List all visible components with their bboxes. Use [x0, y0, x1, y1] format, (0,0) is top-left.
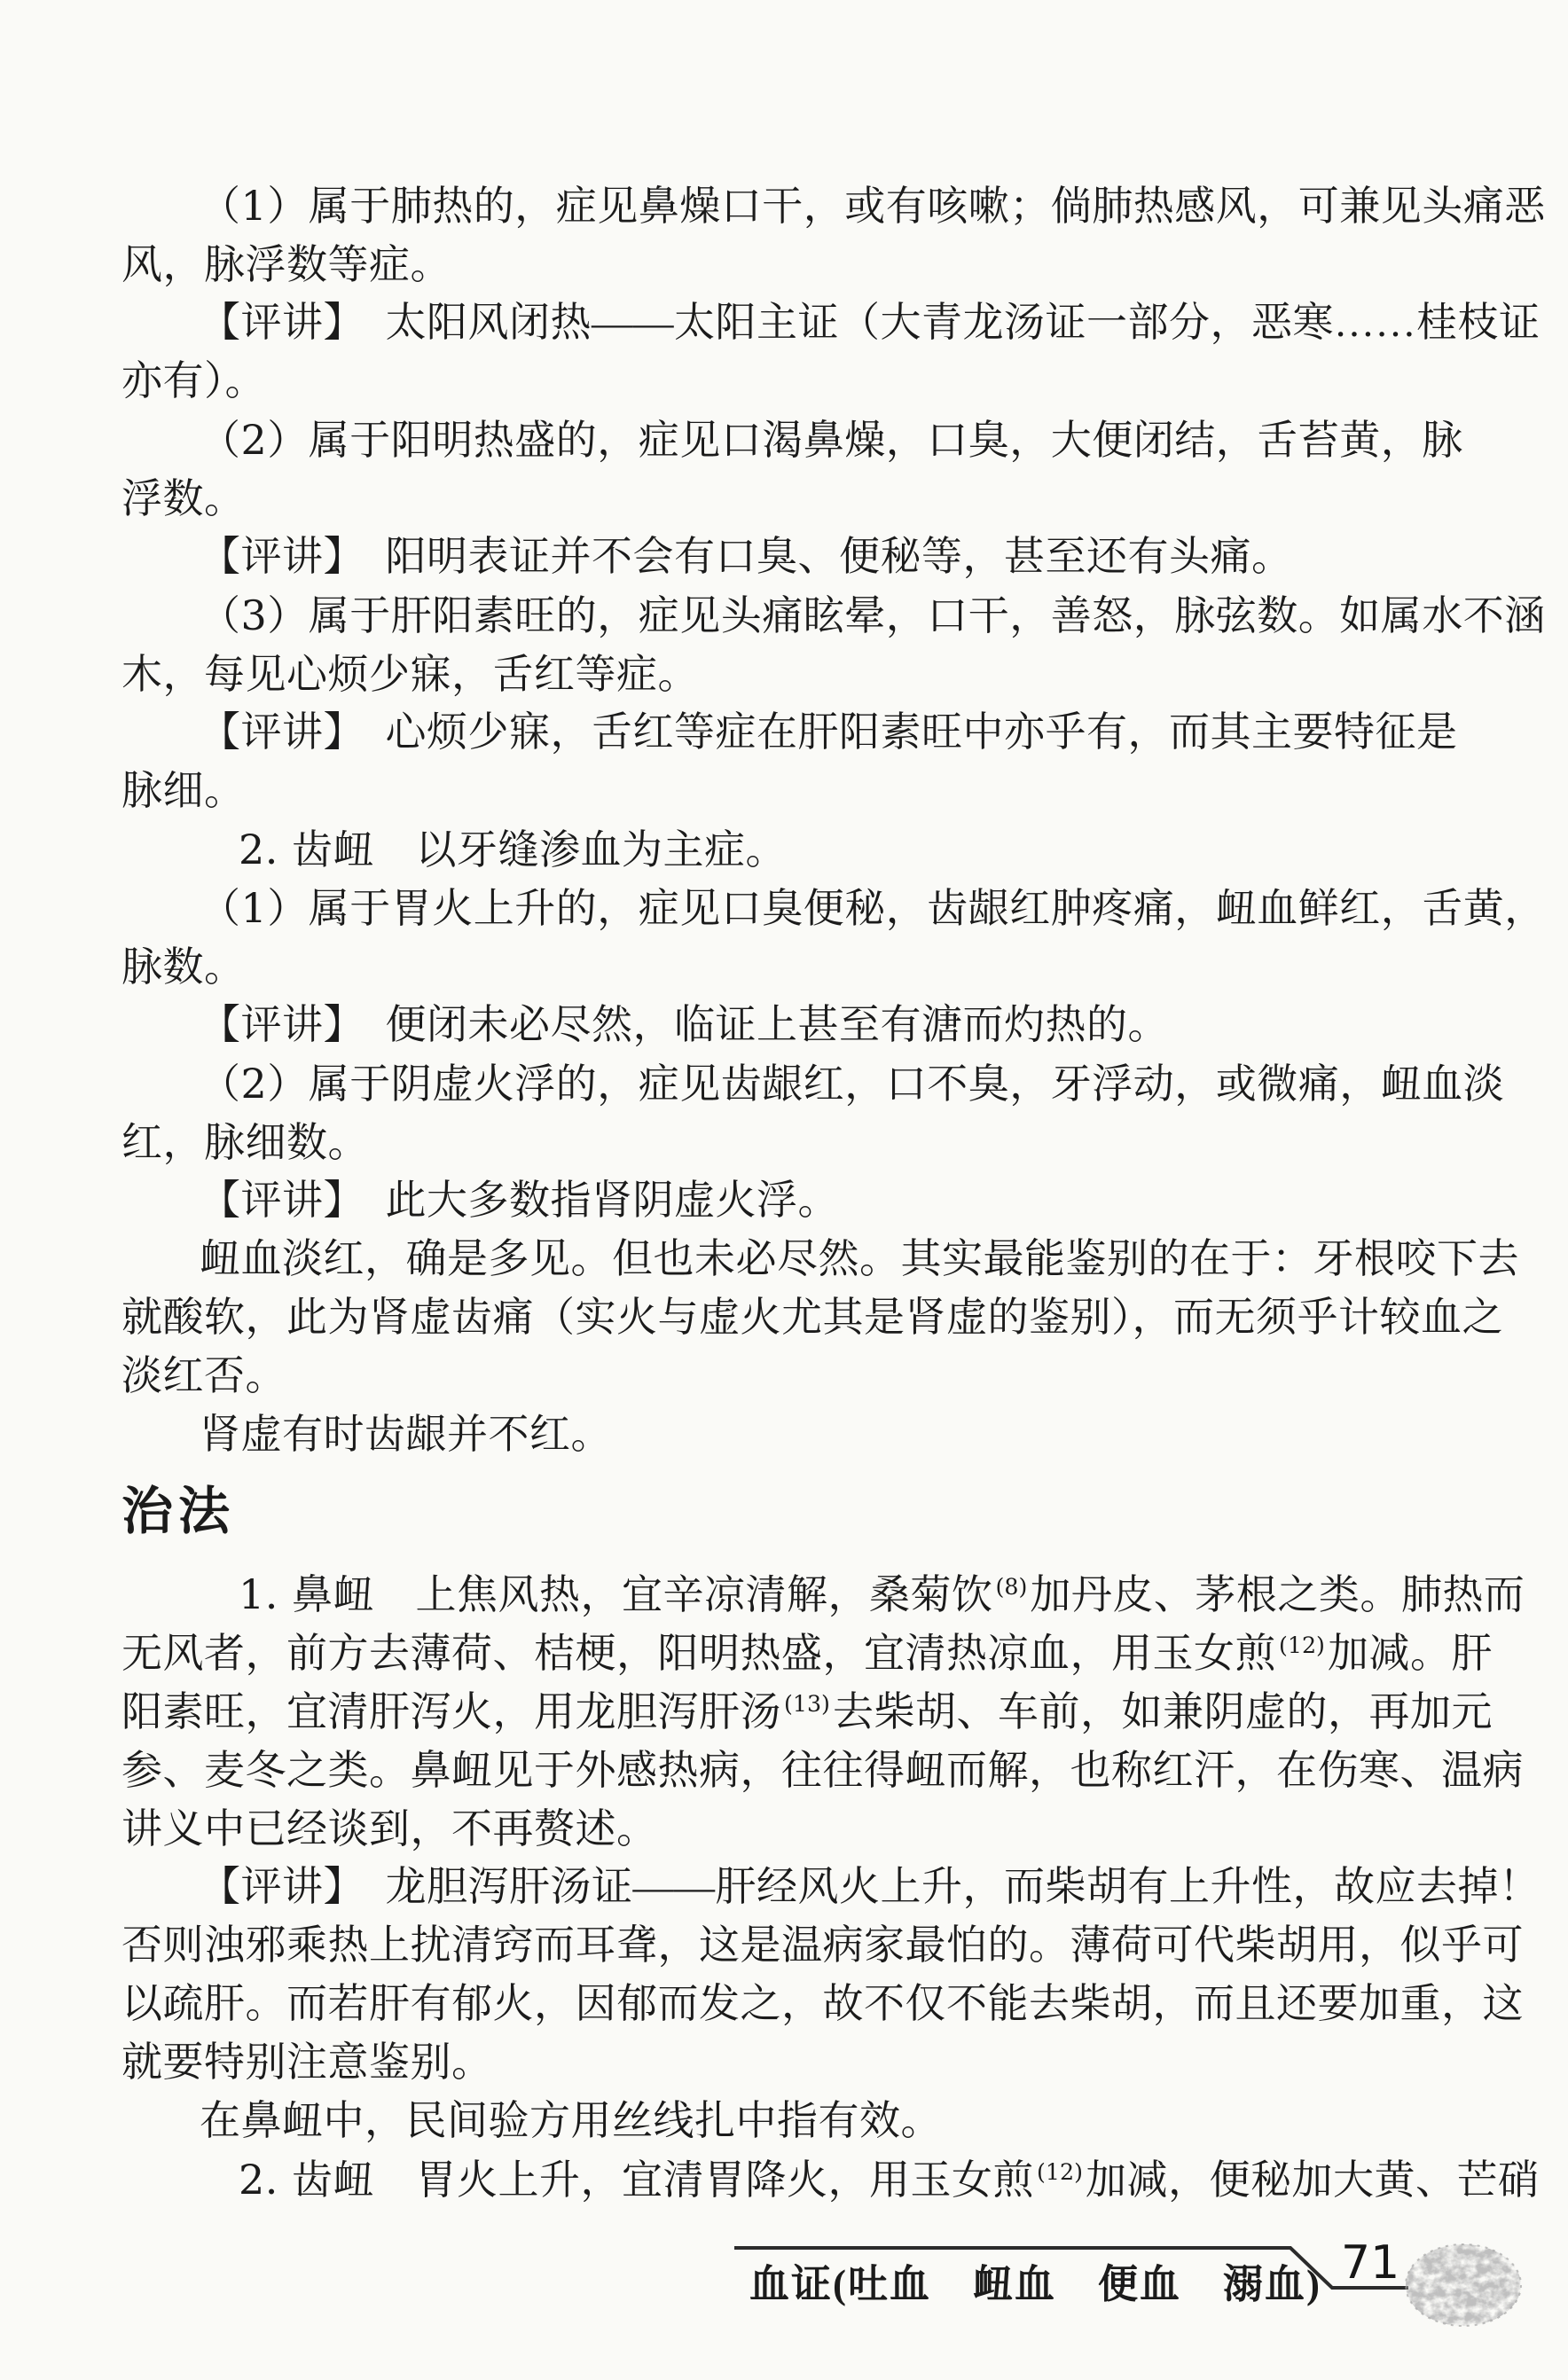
text-line: 亦有）。 — [122, 352, 1523, 411]
text-line: 就要特别注意鉴别。 — [122, 2033, 1523, 2092]
text-line: 【评讲】 便闭未必尽然，临证上甚至有溏而灼热的。 — [122, 996, 1523, 1054]
text-line: 【评讲】 此大多数指肾阴虚火浮。 — [122, 1171, 1523, 1230]
text-line: 1. 鼻衄 上焦风热，宜辛凉清解，桑菊饮(8)加丹皮、茅根之类。肺热而 — [122, 1565, 1523, 1624]
text-line: （2）属于阳明热盛的，症见口渴鼻燥，口臭，大便闭结，舌苔黄，脉 — [122, 411, 1523, 469]
text-line: （1）属于胃火上升的，症见口臭便秘，齿龈红肿疼痛，衄血鲜红，舌黄， — [122, 879, 1523, 937]
text-body: （1）属于肺热的，症见鼻燥口干，或有咳嗽；倘肺热感风，可兼见头痛恶风，脉浮数等症… — [122, 176, 1523, 2209]
text-line: 2. 齿衄 胃火上升，宜清胃降火，用玉女煎(12)加减，便秘加大黄、芒硝 — [122, 2150, 1523, 2209]
text-line: 【评讲】 龙胆泻肝汤证——肝经风火上升，而柴胡有上升性，故应去掉！ — [122, 1858, 1523, 1916]
text-line: 脉细。 — [122, 762, 1523, 820]
text-line: 就酸软，此为肾虚齿痛（实火与虚火尤其是肾虚的鉴别），而无须乎计较血之 — [122, 1288, 1523, 1347]
footnote-ref: (13) — [784, 1691, 830, 1717]
text-line: 脉数。 — [122, 937, 1523, 996]
text-line: （2）属于阴虚火浮的，症见齿龈红，口不臭，牙浮动，或微痛，衄血淡 — [122, 1054, 1523, 1113]
library-stamp-image — [1403, 2242, 1525, 2329]
text-line: 以疏肝。而若肝有郁火，因郁而发之，故不仅不能去柴胡，而且还要加重，这 — [122, 1975, 1523, 2033]
text-line: 2. 齿衄 以牙缝渗血为主症。 — [122, 820, 1523, 879]
text-line: 风，脉浮数等症。 — [122, 235, 1523, 294]
text-line: 红，脉细数。 — [122, 1113, 1523, 1171]
text-line: 阳素旺，宜清肝泻火，用龙胆泻肝汤(13)去柴胡、车前，如兼阴虚的，再加元 — [122, 1682, 1523, 1741]
book-page: （1）属于肺热的，症见鼻燥口干，或有咳嗽；倘肺热感风，可兼见头痛恶风，脉浮数等症… — [0, 0, 1568, 2380]
page-number: 71 — [1341, 2240, 1399, 2286]
text-line: 在鼻衄中，民间验方用丝线扎中指有效。 — [122, 2092, 1523, 2150]
footer-running-title: 血证(吐血 衄血 便血 溺血) — [749, 2259, 1321, 2309]
footnote-ref: (8) — [996, 1574, 1028, 1600]
text-line: 肾虚有时齿龈并不红。 — [122, 1405, 1523, 1464]
text-line: 【评讲】 阳明表证并不会有口臭、便秘等，甚至还有头痛。 — [122, 528, 1523, 586]
text-line: 讲义中已经谈到，不再赘述。 — [122, 1799, 1523, 1858]
text-line: 【评讲】 心烦少寐，舌红等症在肝阳素旺中亦乎有，而其主要特征是 — [122, 703, 1523, 762]
text-line: 淡红否。 — [122, 1347, 1523, 1405]
text-line: 衄血淡红，确是多见。但也未必尽然。其实最能鉴别的在于：牙根咬下去 — [122, 1230, 1523, 1288]
section-heading: 治法 — [122, 1476, 1523, 1547]
text-line: 【评讲】 太阳风闭热——太阳主证（大青龙汤证一部分，恶寒……桂枝证 — [122, 294, 1523, 352]
text-line: 无风者，前方去薄荷、桔梗，阳明热盛，宜清热凉血，用玉女煎(12)加减。肝 — [122, 1624, 1523, 1682]
footnote-ref: (12) — [1279, 1632, 1325, 1658]
footnote-ref: (12) — [1037, 2159, 1083, 2185]
text-line: 参、麦冬之类。鼻衄见于外感热病，往往得衄而解，也称红汗，在伤寒、温病 — [122, 1741, 1523, 1799]
text-line: （3）属于肝阳素旺的，症见头痛眩晕，口干，善怒，脉弦数。如属水不涵 — [122, 586, 1523, 645]
text-line: 浮数。 — [122, 469, 1523, 528]
text-line: （1）属于肺热的，症见鼻燥口干，或有咳嗽；倘肺热感风，可兼见头痛恶 — [122, 176, 1523, 235]
text-line: 木，每见心烦少寐，舌红等症。 — [122, 645, 1523, 703]
text-line: 否则浊邪乘热上扰清窍而耳聋，这是温病家最怕的。薄荷可代柴胡用，似乎可 — [122, 1916, 1523, 1975]
